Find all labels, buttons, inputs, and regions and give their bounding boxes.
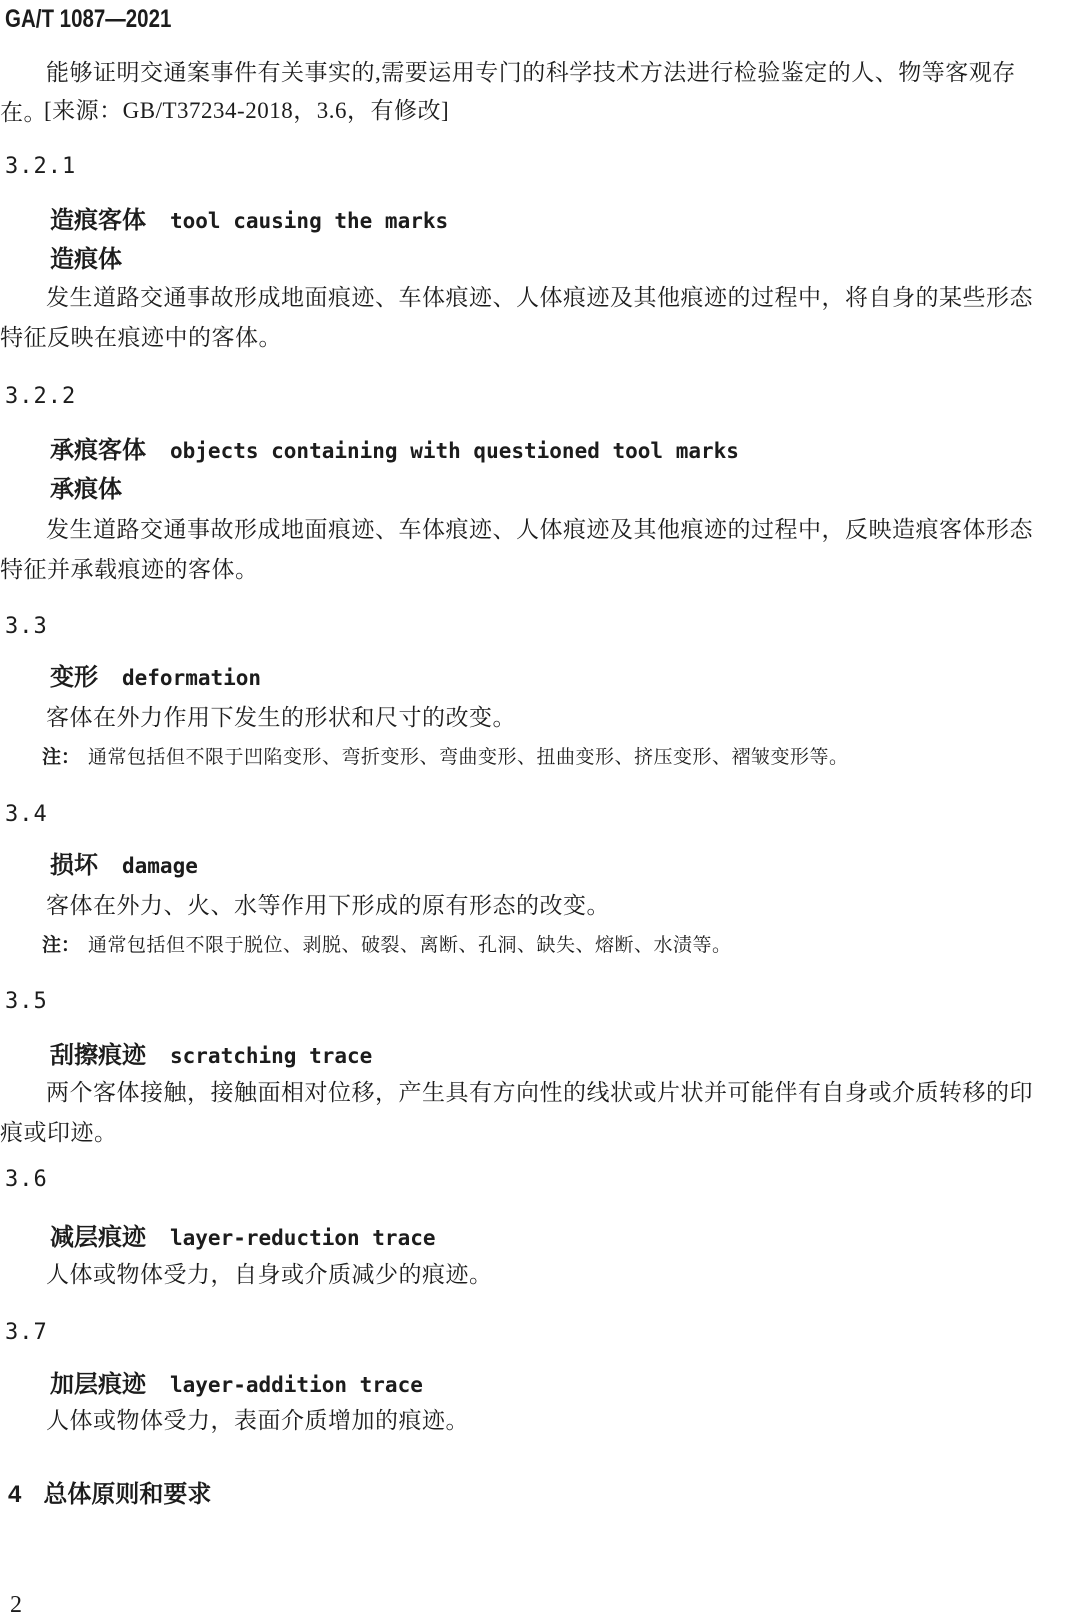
note-line: 注：通常包括但不限于凹陷变形、弯折变形、弯曲变形、扭曲变形、挤压变形、褶皱变形等… (42, 743, 849, 774)
section-number: 3.7 (5, 1319, 48, 1347)
note-text: 通常包括但不限于脱位、剥脱、破裂、离断、孔洞、缺失、熔断、水渍等。 (88, 935, 732, 956)
definition: 人体或物体受力，表面介质增加的痕迹。 (46, 1401, 469, 1441)
term-line: 损坏damage (50, 851, 198, 884)
term-chinese: 加层痕迹 (50, 1371, 146, 1398)
term-alias: 承痕体 (50, 475, 122, 505)
chapter-title: 总体原则和要求 (43, 1481, 211, 1508)
term-chinese: 刮擦痕迹 (50, 1042, 146, 1069)
term-line: 变形deformation (50, 663, 261, 696)
section-number: 3.2.2 (5, 383, 76, 411)
term-english: deformation (122, 666, 261, 690)
section-number: 3.5 (5, 988, 48, 1016)
term-english: layer-addition trace (170, 1373, 423, 1397)
term-english: layer-reduction trace (170, 1226, 436, 1250)
page-number: 2 (10, 1590, 22, 1619)
term-english: scratching trace (170, 1044, 372, 1068)
term-chinese: 损坏 (50, 852, 98, 879)
source-reference: [来源：GB/T37234-2018，3.6，有修改] (44, 91, 449, 131)
document-page: GA/T 1087—2021 能够证明交通案事件有关事实的,需要运用专门的科学技… (0, 0, 1080, 1619)
section-number: 3.6 (5, 1166, 48, 1194)
section-number: 3.2.1 (5, 153, 76, 181)
term-chinese: 造痕客体 (50, 207, 146, 234)
term-chinese: 变形 (50, 664, 98, 691)
term-english: objects containing with questioned tool … (170, 439, 739, 463)
definition: 客体在外力作用下发生的形状和尺寸的改变。 (46, 698, 516, 738)
running-header: GA/T 1087—2021 (5, 5, 171, 34)
term-chinese: 承痕客体 (50, 437, 146, 464)
section-number: 3.4 (5, 801, 48, 829)
term-alias: 造痕体 (50, 245, 122, 275)
term-chinese: 减层痕迹 (50, 1224, 146, 1251)
note-label: 注： (42, 747, 80, 768)
note-text: 通常包括但不限于凹陷变形、弯折变形、弯曲变形、扭曲变形、挤压变形、褶皱变形等。 (88, 747, 849, 768)
definition: 客体在外力、火、水等作用下形成的原有形态的改变。 (46, 886, 610, 926)
definition: 人体或物体受力，自身或介质减少的痕迹。 (46, 1255, 493, 1295)
definition: 发生道路交通事故形成地面痕迹、车体痕迹、人体痕迹及其他痕迹的过程中，反映造痕客体… (0, 510, 1048, 590)
term-line: 造痕客体tool causing the marks (50, 206, 448, 239)
term-english: damage (122, 854, 198, 878)
definition: 发生道路交通事故形成地面痕迹、车体痕迹、人体痕迹及其他痕迹的过程中，将自身的某些… (0, 278, 1048, 358)
term-line: 减层痕迹layer-reduction trace (50, 1223, 436, 1256)
term-line: 承痕客体objects containing with questioned t… (50, 436, 739, 469)
note-label: 注： (42, 935, 80, 956)
term-line: 加层痕迹layer-addition trace (50, 1370, 423, 1403)
chapter-heading: 4总体原则和要求 (8, 1479, 211, 1511)
chapter-number: 4 (8, 1481, 21, 1508)
term-line: 刮擦痕迹scratching trace (50, 1041, 372, 1074)
note-line: 注：通常包括但不限于脱位、剥脱、破裂、离断、孔洞、缺失、熔断、水渍等。 (42, 931, 732, 962)
term-english: tool causing the marks (170, 209, 448, 233)
section-number: 3.3 (5, 613, 48, 641)
definition: 两个客体接触，接触面相对位移，产生具有方向性的线状或片状并可能伴有自身或介质转移… (0, 1073, 1048, 1153)
